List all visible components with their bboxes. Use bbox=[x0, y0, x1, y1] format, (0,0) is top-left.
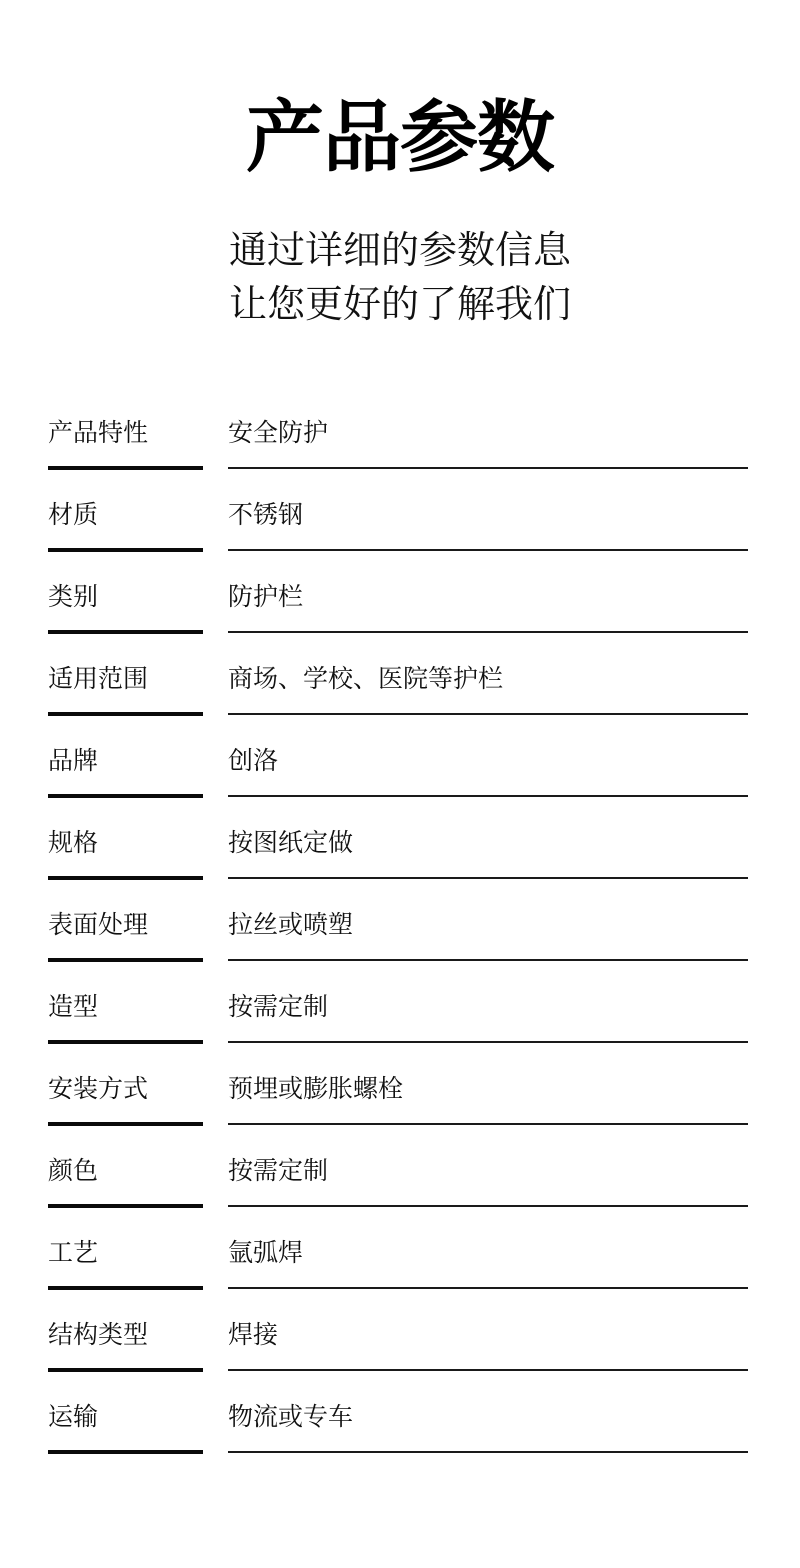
value-underline bbox=[228, 1123, 748, 1125]
param-value: 不锈钢 bbox=[228, 502, 748, 528]
param-value-cell: 创洛 bbox=[228, 748, 748, 797]
parameter-list: 产品特性 安全防护 材质 不锈钢 类别 防护栏 bbox=[48, 420, 748, 1454]
subtitle-line-2: 让您更好的了解我们 bbox=[0, 278, 800, 332]
param-label-cell: 颜色 bbox=[48, 1158, 228, 1208]
param-value: 焊接 bbox=[228, 1322, 748, 1348]
param-value: 商场、学校、医院等护栏 bbox=[228, 666, 748, 692]
param-label-cell: 造型 bbox=[48, 994, 228, 1044]
value-underline bbox=[228, 631, 748, 633]
param-label: 表面处理 bbox=[48, 912, 228, 938]
param-value: 氩弧焊 bbox=[228, 1240, 748, 1266]
param-label-cell: 材质 bbox=[48, 502, 228, 552]
label-underline bbox=[48, 712, 203, 716]
label-underline bbox=[48, 1204, 203, 1208]
param-label-cell: 运输 bbox=[48, 1404, 228, 1454]
param-row-color: 颜色 按需定制 bbox=[48, 1158, 748, 1208]
param-value-cell: 物流或专车 bbox=[228, 1404, 748, 1453]
param-label: 颜色 bbox=[48, 1158, 228, 1184]
param-value: 按需定制 bbox=[228, 994, 748, 1020]
label-underline bbox=[48, 958, 203, 962]
param-label: 类别 bbox=[48, 584, 228, 610]
param-value-cell: 预埋或膨胀螺栓 bbox=[228, 1076, 748, 1125]
param-label-cell: 类别 bbox=[48, 584, 228, 634]
label-underline bbox=[48, 876, 203, 880]
param-label-cell: 安装方式 bbox=[48, 1076, 228, 1126]
param-label-cell: 品牌 bbox=[48, 748, 228, 798]
param-row-material: 材质 不锈钢 bbox=[48, 502, 748, 552]
param-label: 结构类型 bbox=[48, 1322, 228, 1348]
page-subtitle: 通过详细的参数信息 让您更好的了解我们 bbox=[0, 224, 800, 332]
param-row-product-feature: 产品特性 安全防护 bbox=[48, 420, 748, 470]
label-underline bbox=[48, 1368, 203, 1372]
param-label-cell: 表面处理 bbox=[48, 912, 228, 962]
param-label-cell: 工艺 bbox=[48, 1240, 228, 1290]
label-underline bbox=[48, 1450, 203, 1454]
param-row-craft: 工艺 氩弧焊 bbox=[48, 1240, 748, 1290]
param-value: 物流或专车 bbox=[228, 1404, 748, 1430]
param-label: 适用范围 bbox=[48, 666, 228, 692]
subtitle-line-1: 通过详细的参数信息 bbox=[0, 224, 800, 278]
value-underline bbox=[228, 1369, 748, 1371]
value-underline bbox=[228, 877, 748, 879]
param-value-cell: 防护栏 bbox=[228, 584, 748, 633]
param-label: 运输 bbox=[48, 1404, 228, 1430]
param-label: 规格 bbox=[48, 830, 228, 856]
label-underline bbox=[48, 1122, 203, 1126]
value-underline bbox=[228, 1451, 748, 1453]
label-underline bbox=[48, 548, 203, 552]
product-parameters-page: 产品参数 通过详细的参数信息 让您更好的了解我们 产品特性 安全防护 材质 不锈… bbox=[0, 0, 800, 1568]
param-value: 安全防护 bbox=[228, 420, 748, 446]
param-label: 工艺 bbox=[48, 1240, 228, 1266]
param-value: 防护栏 bbox=[228, 584, 748, 610]
label-underline bbox=[48, 1040, 203, 1044]
param-row-structure-type: 结构类型 焊接 bbox=[48, 1322, 748, 1372]
param-value-cell: 商场、学校、医院等护栏 bbox=[228, 666, 748, 715]
param-value: 创洛 bbox=[228, 748, 748, 774]
param-value-cell: 拉丝或喷塑 bbox=[228, 912, 748, 961]
param-row-specification: 规格 按图纸定做 bbox=[48, 830, 748, 880]
param-value-cell: 不锈钢 bbox=[228, 502, 748, 551]
param-row-applicable-scope: 适用范围 商场、学校、医院等护栏 bbox=[48, 666, 748, 716]
param-value-cell: 安全防护 bbox=[228, 420, 748, 469]
param-value: 按图纸定做 bbox=[228, 830, 748, 856]
value-underline bbox=[228, 549, 748, 551]
label-underline bbox=[48, 630, 203, 634]
param-row-transport: 运输 物流或专车 bbox=[48, 1404, 748, 1454]
param-label-cell: 结构类型 bbox=[48, 1322, 228, 1372]
param-label: 造型 bbox=[48, 994, 228, 1020]
param-label-cell: 产品特性 bbox=[48, 420, 228, 470]
label-underline bbox=[48, 1286, 203, 1290]
param-row-category: 类别 防护栏 bbox=[48, 584, 748, 634]
value-underline bbox=[228, 959, 748, 961]
value-underline bbox=[228, 1287, 748, 1289]
param-value-cell: 氩弧焊 bbox=[228, 1240, 748, 1289]
label-underline bbox=[48, 466, 203, 470]
param-value-cell: 按需定制 bbox=[228, 994, 748, 1043]
label-underline bbox=[48, 794, 203, 798]
param-label: 产品特性 bbox=[48, 420, 228, 446]
param-value-cell: 按需定制 bbox=[228, 1158, 748, 1207]
param-value: 拉丝或喷塑 bbox=[228, 912, 748, 938]
param-label-cell: 适用范围 bbox=[48, 666, 228, 716]
param-value-cell: 焊接 bbox=[228, 1322, 748, 1371]
param-row-installation-method: 安装方式 预埋或膨胀螺栓 bbox=[48, 1076, 748, 1126]
param-row-surface-treatment: 表面处理 拉丝或喷塑 bbox=[48, 912, 748, 962]
param-label: 品牌 bbox=[48, 748, 228, 774]
value-underline bbox=[228, 467, 748, 469]
value-underline bbox=[228, 795, 748, 797]
page-title: 产品参数 bbox=[0, 98, 800, 176]
value-underline bbox=[228, 713, 748, 715]
param-row-brand: 品牌 创洛 bbox=[48, 748, 748, 798]
param-label: 材质 bbox=[48, 502, 228, 528]
param-label: 安装方式 bbox=[48, 1076, 228, 1102]
value-underline bbox=[228, 1205, 748, 1207]
param-value: 按需定制 bbox=[228, 1158, 748, 1184]
value-underline bbox=[228, 1041, 748, 1043]
param-label-cell: 规格 bbox=[48, 830, 228, 880]
param-value-cell: 按图纸定做 bbox=[228, 830, 748, 879]
param-row-shape: 造型 按需定制 bbox=[48, 994, 748, 1044]
param-value: 预埋或膨胀螺栓 bbox=[228, 1076, 748, 1102]
